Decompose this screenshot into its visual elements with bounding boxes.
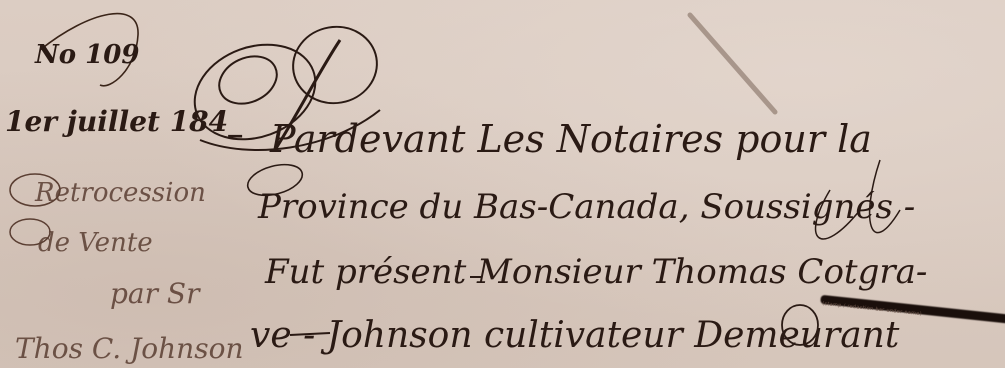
body-line-1: Pardevant Les Notaires pour la: [270, 120, 872, 158]
body-line-4: ve - Johnson cultivateur Demeurant: [250, 318, 899, 354]
act-date: 1er juillet 184_: [5, 108, 242, 136]
body-line-2: Province du Bas-Canada, Soussignés -: [258, 190, 915, 224]
body-line-3: Fut présent Monsieur Thomas Cotgra-: [265, 255, 927, 289]
act-number: No 109: [35, 42, 139, 68]
margin-title-line2: de Vente: [38, 230, 153, 256]
manuscript-page: No 109 1er juillet 184_ Retrocession de …: [0, 0, 1005, 368]
margin-title-line1: Retrocession: [35, 180, 206, 206]
margin-party: Thos C. Johnson: [15, 335, 243, 363]
margin-by-label: par Sr: [110, 280, 199, 308]
